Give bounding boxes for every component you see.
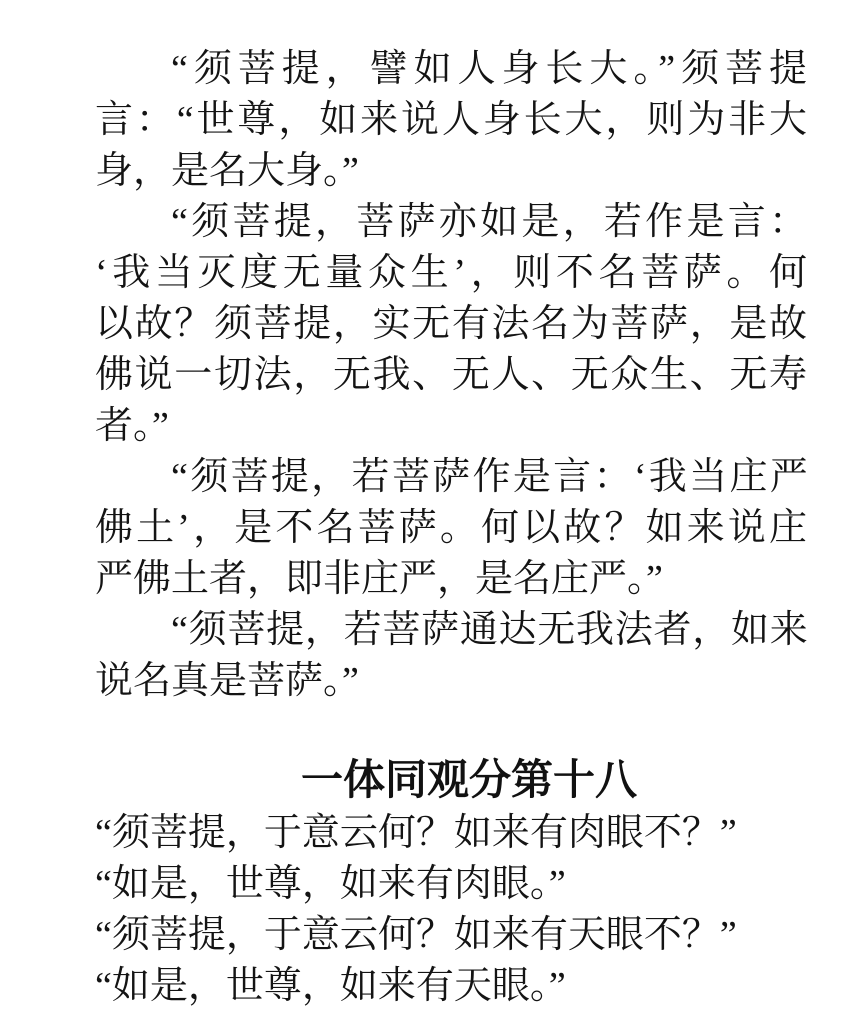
dialogue-line: “如是，世尊，如来有肉眼。”: [95, 859, 807, 910]
paragraph: “须菩提，若菩萨作是言：‘我当庄严 佛土’，是不名菩萨。何以故？如来说庄 严佛土…: [95, 452, 807, 605]
text-line: ‘我当灭度无量众生’，则不名菩萨。何: [95, 248, 807, 299]
text-line: 以故？须菩提，实无有法名为菩萨，是故: [95, 299, 807, 350]
chapter-heading: 一体同观分第十八: [95, 752, 807, 808]
text-line: “须菩提，譬如人身长大。”须菩提: [95, 44, 807, 95]
dialogue-line: “如是，世尊，如来有天眼。”: [95, 961, 807, 1012]
dialogue-section: “须菩提，于意云何？如来有肉眼不？” “如是，世尊，如来有肉眼。” “须菩提，于…: [95, 808, 807, 1012]
text-line: “须菩提，若菩萨通达无我法者，如来: [95, 605, 807, 656]
text-line: 身，是名大身。”: [95, 146, 807, 197]
paragraph: “须菩提，若菩萨通达无我法者，如来 说名真是菩萨。”: [95, 605, 807, 707]
text-line: 严佛土者，即非庄严，是名庄严。”: [95, 554, 807, 605]
document-page: “须菩提，譬如人身长大。”须菩提 言：“世尊，如来说人身长大，则为非大 身，是名…: [0, 0, 864, 1024]
dialogue-line: “须菩提，于意云何？如来有天眼不？”: [95, 910, 807, 961]
text-line: 说名真是菩萨。”: [95, 656, 807, 707]
paragraph: “须菩提，菩萨亦如是，若作是言： ‘我当灭度无量众生’，则不名菩萨。何 以故？须…: [95, 197, 807, 452]
text-line: 佛土’，是不名菩萨。何以故？如来说庄: [95, 503, 807, 554]
text-line: 佛说一切法，无我、无人、无众生、无寿: [95, 350, 807, 401]
text-column: “须菩提，譬如人身长大。”须菩提 言：“世尊，如来说人身长大，则为非大 身，是名…: [95, 0, 807, 1012]
text-line: 者。”: [95, 401, 807, 452]
text-line: 言：“世尊，如来说人身长大，则为非大: [95, 95, 807, 146]
text-line: “须菩提，若菩萨作是言：‘我当庄严: [95, 452, 807, 503]
paragraph: “须菩提，譬如人身长大。”须菩提 言：“世尊，如来说人身长大，则为非大 身，是名…: [95, 44, 807, 197]
text-line: “须菩提，菩萨亦如是，若作是言：: [95, 197, 807, 248]
dialogue-line: “须菩提，于意云何？如来有肉眼不？”: [95, 808, 807, 859]
